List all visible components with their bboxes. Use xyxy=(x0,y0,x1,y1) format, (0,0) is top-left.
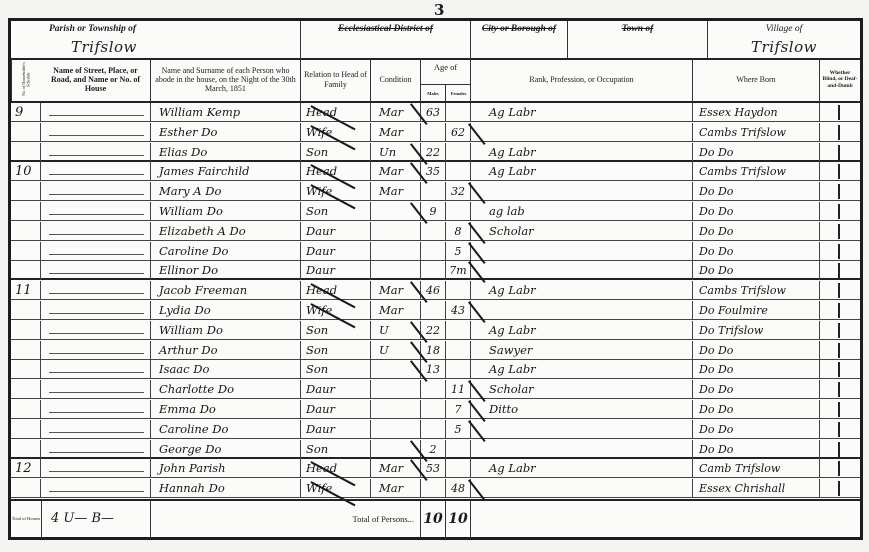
where-born-cell: Do Do xyxy=(693,182,820,201)
ditto-line xyxy=(49,471,144,472)
schedule-cell xyxy=(11,380,41,399)
occupation-cell: Scholar xyxy=(471,222,693,241)
blind-deaf-cell xyxy=(820,360,860,379)
relation-cell: Daur xyxy=(301,242,371,261)
footer-totals: Total of Houses 4 U— B— Total of Persons… xyxy=(11,499,860,539)
relation-cell: Daur xyxy=(301,380,371,399)
name-cell: William Do xyxy=(151,321,301,340)
name-cell: Lydia Do xyxy=(151,301,301,320)
tally-mark xyxy=(838,461,840,476)
table-row: Hannah DoWifeMar48Essex Chrishall xyxy=(11,479,860,498)
where-born-cell: Do Do xyxy=(693,400,820,419)
ditto-line xyxy=(49,491,144,492)
col-females: Females xyxy=(446,84,471,101)
female-age-cell: 7 xyxy=(446,400,471,419)
blind-deaf-cell xyxy=(820,301,860,320)
ditto-line xyxy=(49,372,144,373)
street-cell xyxy=(41,440,151,459)
relation-cell: Son xyxy=(301,341,371,360)
street-cell xyxy=(41,182,151,201)
parish-label: Parish or Township of xyxy=(11,24,338,34)
condition-cell xyxy=(371,222,421,241)
where-born-cell: Do Do xyxy=(693,420,820,439)
condition-cell xyxy=(371,400,421,419)
male-age-cell: 18 xyxy=(421,341,446,360)
name-cell: Hannah Do xyxy=(151,479,301,498)
female-age-cell xyxy=(446,143,471,162)
where-born-cell: Cambs Trifslow xyxy=(693,281,820,300)
schedule-cell: 11 xyxy=(11,281,41,300)
male-age-cell xyxy=(421,301,446,320)
relation-cell: Son xyxy=(301,440,371,459)
street-cell xyxy=(41,103,151,122)
female-age-cell xyxy=(446,281,471,300)
name-cell: Jacob Freeman xyxy=(151,281,301,300)
occupation-cell xyxy=(471,261,693,280)
name-cell: James Fairchild xyxy=(151,162,301,181)
female-age-cell: 5 xyxy=(446,242,471,261)
col-age: Age of Males Females xyxy=(421,58,471,101)
blind-deaf-cell xyxy=(820,182,860,201)
occupation-cell: Ag Labr xyxy=(471,162,693,181)
ditto-line xyxy=(49,273,144,274)
male-age-cell: 2 xyxy=(421,440,446,459)
ditto-line xyxy=(49,392,144,393)
table-row: William DoSonU22Ag LabrDo Trifslow xyxy=(11,321,860,340)
where-born-cell: Do Foulmire xyxy=(693,301,820,320)
table-row: Mary A DoWifeMar32Do Do xyxy=(11,182,860,201)
tally-mark xyxy=(838,382,840,397)
schedule-cell xyxy=(11,261,41,280)
name-cell: Elias Do xyxy=(151,143,301,162)
condition-cell: Mar xyxy=(371,301,421,320)
name-cell: Esther Do xyxy=(151,123,301,142)
relation-cell: Daur xyxy=(301,400,371,419)
town-label: Town of xyxy=(568,24,707,34)
table-row: 10James FairchildHeadMar35Ag LabrCambs T… xyxy=(11,162,860,181)
col-schedule: No. of Householder's Schedule xyxy=(11,58,41,101)
relation-cell: Daur xyxy=(301,261,371,280)
where-born-cell: Do Do xyxy=(693,440,820,459)
street-cell xyxy=(41,261,151,280)
occupation-cell: Scholar xyxy=(471,380,693,399)
schedule-cell xyxy=(11,301,41,320)
blind-deaf-cell xyxy=(820,380,860,399)
tally-mark xyxy=(838,184,840,199)
name-cell: Charlotte Do xyxy=(151,380,301,399)
col-blind-deaf: Whether Blind, or Deaf-and-Dumb xyxy=(820,58,860,101)
female-age-cell xyxy=(446,103,471,122)
female-age-cell: 7m xyxy=(446,261,471,280)
tally-mark xyxy=(838,303,840,318)
column-headers: No. of Householder's Schedule Name of St… xyxy=(11,58,860,103)
schedule-cell xyxy=(11,479,41,498)
table-row: Lydia DoWifeMar43Do Foulmire xyxy=(11,301,860,320)
blind-deaf-cell xyxy=(820,261,860,280)
street-cell xyxy=(41,222,151,241)
male-age-cell: 22 xyxy=(421,321,446,340)
schedule-cell xyxy=(11,182,41,201)
occupation-cell xyxy=(471,123,693,142)
blind-deaf-cell xyxy=(820,202,860,221)
blind-deaf-cell xyxy=(820,222,860,241)
occupation-cell xyxy=(471,301,693,320)
street-cell xyxy=(41,162,151,181)
ditto-line xyxy=(49,234,144,235)
street-cell xyxy=(41,301,151,320)
ecclesiastical-label: Ecclesiastical District of xyxy=(301,24,470,34)
schedule-cell xyxy=(11,143,41,162)
schedule-cell xyxy=(11,321,41,340)
tally-mark xyxy=(838,422,840,437)
street-cell xyxy=(41,202,151,221)
table-row: 9William KempHeadMar63Ag LabrEssex Haydo… xyxy=(11,103,860,122)
where-born-cell: Do Do xyxy=(693,202,820,221)
condition-cell xyxy=(371,420,421,439)
relation-cell: Daur xyxy=(301,222,371,241)
schedule-cell: 12 xyxy=(11,459,41,478)
blind-deaf-cell xyxy=(820,459,860,478)
blind-deaf-cell xyxy=(820,321,860,340)
occupation-cell: Ditto xyxy=(471,400,693,419)
ditto-line xyxy=(49,333,144,334)
blind-deaf-cell xyxy=(820,479,860,498)
table-row: Elizabeth A DoDaur8ScholarDo Do xyxy=(11,222,860,241)
ditto-line xyxy=(49,214,144,215)
tally-mark xyxy=(838,362,840,377)
street-cell xyxy=(41,123,151,142)
where-born-cell: Do Do xyxy=(693,261,820,280)
ditto-line xyxy=(49,254,144,255)
occupation-cell xyxy=(471,440,693,459)
table-row: Charlotte DoDaur11ScholarDo Do xyxy=(11,380,860,399)
name-cell: Isaac Do xyxy=(151,360,301,379)
occupation-cell xyxy=(471,479,693,498)
ditto-line xyxy=(49,313,144,314)
name-cell: Mary A Do xyxy=(151,182,301,201)
col-name: Name and Surname of each Person who abod… xyxy=(151,58,301,101)
male-age-cell xyxy=(421,123,446,142)
occupation-cell xyxy=(471,420,693,439)
parish-cell: Parish or Township of Trifslow xyxy=(11,21,301,58)
name-cell: John Parish xyxy=(151,459,301,478)
table-row: William DoSon9ag labDo Do xyxy=(11,202,860,221)
street-cell xyxy=(41,479,151,498)
col-occupation: Rank, Profession, or Occupation xyxy=(471,58,693,101)
female-age-cell xyxy=(446,459,471,478)
table-row: Ellinor DoDaur7mDo Do xyxy=(11,261,860,280)
street-cell xyxy=(41,400,151,419)
name-cell: Arthur Do xyxy=(151,341,301,360)
schedule-cell xyxy=(11,420,41,439)
where-born-cell: Do Trifslow xyxy=(693,321,820,340)
village-label: Village of xyxy=(708,24,860,34)
ditto-line xyxy=(49,115,144,116)
tally-mark xyxy=(838,283,840,298)
street-cell xyxy=(41,143,151,162)
street-cell xyxy=(41,420,151,439)
town-cell: Town of xyxy=(568,21,708,58)
female-age-cell: 32 xyxy=(446,182,471,201)
relation-cell: Son xyxy=(301,321,371,340)
ditto-line xyxy=(49,412,144,413)
tally-mark xyxy=(838,164,840,179)
male-age-cell xyxy=(421,242,446,261)
total-females: 10 xyxy=(446,501,471,537)
schedule-cell xyxy=(11,400,41,419)
col-condition: Condition xyxy=(371,58,421,101)
schedule-cell xyxy=(11,440,41,459)
street-cell xyxy=(41,281,151,300)
male-age-cell xyxy=(421,182,446,201)
where-born-cell: Cambs Trifslow xyxy=(693,162,820,181)
ditto-line xyxy=(49,353,144,354)
blind-deaf-cell xyxy=(820,143,860,162)
male-age-cell xyxy=(421,222,446,241)
occupation-cell: Ag Labr xyxy=(471,360,693,379)
tally-mark xyxy=(838,105,840,120)
occupation-cell: Sawyer xyxy=(471,341,693,360)
total-males: 10 xyxy=(421,501,446,537)
blind-deaf-cell xyxy=(820,103,860,122)
street-cell xyxy=(41,380,151,399)
blind-deaf-cell xyxy=(820,400,860,419)
relation-cell: Son xyxy=(301,360,371,379)
name-cell: Caroline Do xyxy=(151,242,301,261)
col-where-born: Where Born xyxy=(693,58,820,101)
ditto-line xyxy=(49,155,144,156)
male-age-cell xyxy=(421,479,446,498)
schedule-cell: 10 xyxy=(11,162,41,181)
col-street: Name of Street, Place, or Road, and Name… xyxy=(41,58,151,101)
ditto-line xyxy=(49,452,144,453)
where-born-cell: Do Do xyxy=(693,341,820,360)
where-born-cell: Do Do xyxy=(693,360,820,379)
name-cell: William Kemp xyxy=(151,103,301,122)
table-row: George DoSon2Do Do xyxy=(11,440,860,459)
relation-cell: Son xyxy=(301,143,371,162)
schedule-cell xyxy=(11,360,41,379)
table-row: Arthur DoSonU18SawyerDo Do xyxy=(11,341,860,360)
schedule-cell xyxy=(11,202,41,221)
table-row: Isaac DoSon13Ag LabrDo Do xyxy=(11,360,860,379)
tally-mark xyxy=(838,244,840,259)
name-cell: Elizabeth A Do xyxy=(151,222,301,241)
street-cell xyxy=(41,459,151,478)
condition-cell: Mar xyxy=(371,123,421,142)
tally-mark xyxy=(838,145,840,160)
schedule-cell xyxy=(11,222,41,241)
female-age-cell xyxy=(446,162,471,181)
where-born-cell: Do Do xyxy=(693,222,820,241)
tally-mark xyxy=(838,263,840,278)
table-row: 11Jacob FreemanHeadMar46Ag LabrCambs Tri… xyxy=(11,281,860,300)
street-cell xyxy=(41,341,151,360)
relation-cell: Daur xyxy=(301,420,371,439)
blind-deaf-cell xyxy=(820,162,860,181)
col-relation: Relation to Head of Family xyxy=(301,58,371,101)
male-age-cell xyxy=(421,261,446,280)
total-houses-value: 4 U— B— xyxy=(41,501,151,537)
male-age-cell xyxy=(421,400,446,419)
female-age-cell xyxy=(446,440,471,459)
occupation-cell: ag lab xyxy=(471,202,693,221)
ditto-line xyxy=(49,432,144,433)
street-cell xyxy=(41,242,151,261)
female-age-cell xyxy=(446,202,471,221)
where-born-cell: Do Do xyxy=(693,143,820,162)
condition-cell xyxy=(371,242,421,261)
census-sheet: Parish or Township of Trifslow Ecclesias… xyxy=(8,18,863,540)
total-houses-label: Total of Houses xyxy=(11,501,42,537)
blind-deaf-cell xyxy=(820,420,860,439)
col-age-title: Age of xyxy=(421,62,470,72)
occupation-cell xyxy=(471,242,693,261)
village-value: Trifslow xyxy=(708,38,860,56)
tally-mark xyxy=(838,323,840,338)
table-row: Elias DoSonUn22Ag LabrDo Do xyxy=(11,143,860,162)
where-born-cell: Do Do xyxy=(693,242,820,261)
occupation-cell: Ag Labr xyxy=(471,459,693,478)
ditto-line xyxy=(49,174,144,175)
condition-cell xyxy=(371,261,421,280)
occupation-cell: Ag Labr xyxy=(471,103,693,122)
occupation-cell: Ag Labr xyxy=(471,321,693,340)
page-number: 3 xyxy=(434,1,444,19)
tally-mark xyxy=(838,343,840,358)
female-age-cell: 8 xyxy=(446,222,471,241)
blind-deaf-cell xyxy=(820,242,860,261)
blind-deaf-cell xyxy=(820,123,860,142)
occupation-cell: Ag Labr xyxy=(471,143,693,162)
condition-cell: Mar xyxy=(371,182,421,201)
ditto-line xyxy=(49,135,144,136)
city-borough-cell: City or Borough of xyxy=(471,21,568,58)
tally-mark xyxy=(838,481,840,496)
blind-deaf-cell xyxy=(820,341,860,360)
where-born-cell: Do Do xyxy=(693,380,820,399)
tally-mark xyxy=(838,402,840,417)
where-born-cell: Cambs Trifslow xyxy=(693,123,820,142)
male-age-cell xyxy=(421,380,446,399)
female-age-cell xyxy=(446,321,471,340)
where-born-cell: Essex Haydon xyxy=(693,103,820,122)
female-age-cell xyxy=(446,341,471,360)
where-born-cell: Camb Trifslow xyxy=(693,459,820,478)
table-row: Caroline DoDaur5Do Do xyxy=(11,242,860,261)
condition-cell xyxy=(371,380,421,399)
header-band: Parish or Township of Trifslow Ecclesias… xyxy=(11,21,860,60)
ditto-line xyxy=(49,293,144,294)
male-age-cell: 22 xyxy=(421,143,446,162)
village-cell: Village of Trifslow xyxy=(708,21,860,58)
schedule-cell xyxy=(11,123,41,142)
table-row: Esther DoWifeMar62Cambs Trifslow xyxy=(11,123,860,142)
tally-mark xyxy=(838,125,840,140)
name-cell: Caroline Do xyxy=(151,420,301,439)
total-persons-label: Total of Persons... xyxy=(151,501,421,537)
city-borough-label: City or Borough of xyxy=(471,24,567,34)
schedule-cell xyxy=(11,242,41,261)
relation-cell: Son xyxy=(301,202,371,221)
occupation-cell: Ag Labr xyxy=(471,281,693,300)
ecclesiastical-cell: Ecclesiastical District of xyxy=(301,21,471,58)
street-cell xyxy=(41,321,151,340)
ditto-line xyxy=(49,194,144,195)
schedule-cell xyxy=(11,341,41,360)
tally-mark xyxy=(838,224,840,239)
where-born-cell: Essex Chrishall xyxy=(693,479,820,498)
name-cell: Ellinor Do xyxy=(151,261,301,280)
table-row: Emma DoDaur7DittoDo Do xyxy=(11,400,860,419)
female-age-cell: 43 xyxy=(446,301,471,320)
table-row: Caroline DoDaur5Do Do xyxy=(11,420,860,439)
female-age-cell: 11 xyxy=(446,380,471,399)
tally-mark xyxy=(838,204,840,219)
female-age-cell: 62 xyxy=(446,123,471,142)
street-cell xyxy=(41,360,151,379)
table-row: 12John ParishHeadMar53Ag LabrCamb Trifsl… xyxy=(11,459,860,478)
female-age-cell xyxy=(446,360,471,379)
condition-cell: Mar xyxy=(371,479,421,498)
female-age-cell: 48 xyxy=(446,479,471,498)
name-cell: Emma Do xyxy=(151,400,301,419)
occupation-cell xyxy=(471,182,693,201)
schedule-cell: 9 xyxy=(11,103,41,122)
col-males: Males xyxy=(421,84,446,101)
tally-mark xyxy=(838,442,840,457)
blind-deaf-cell xyxy=(820,440,860,459)
female-age-cell: 5 xyxy=(446,420,471,439)
blind-deaf-cell xyxy=(820,281,860,300)
male-age-cell xyxy=(421,420,446,439)
name-cell: George Do xyxy=(151,440,301,459)
name-cell: William Do xyxy=(151,202,301,221)
